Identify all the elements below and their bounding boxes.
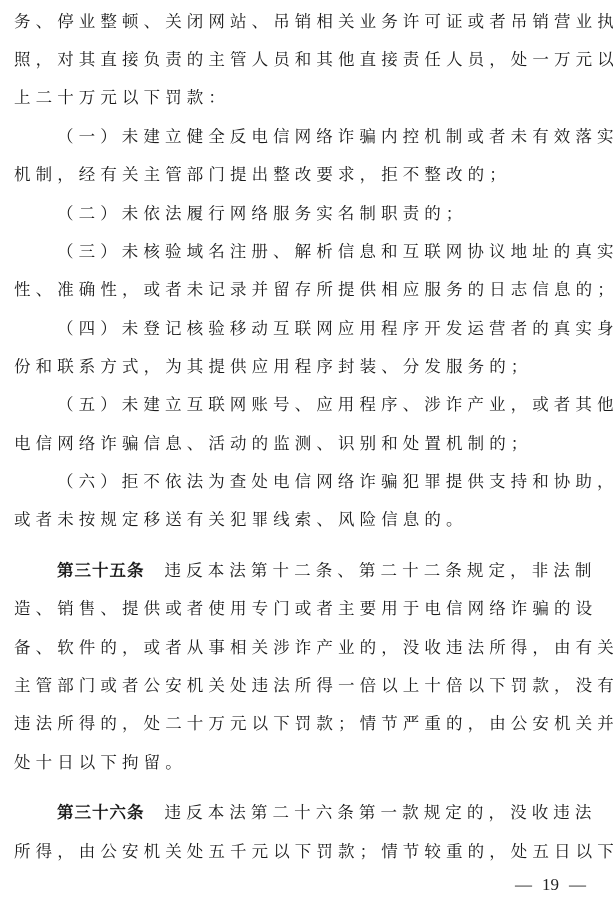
text-line: 处十日以下拘留。 <box>14 751 604 775</box>
list-item-2: （二）未依法履行网络服务实名制职责的； <box>57 202 613 226</box>
document-page: 务、停业整顿、关闭网站、吊销相关业务许可证或者吊销营业执 照，对其直接负责的主管… <box>0 0 613 907</box>
text-line: 照，对其直接负责的主管人员和其他直接责任人员，处一万元以 <box>14 48 604 72</box>
text-line: 备、软件的，或者从事相关涉诈产业的，没收违法所得，由有关 <box>14 636 604 660</box>
text-line: 上二十万元以下罚款： <box>14 86 604 110</box>
text-line: 违法所得的，处二十万元以下罚款；情节严重的，由公安机关并 <box>14 712 604 736</box>
text-line: 电信网络诈骗信息、活动的监测、识别和处置机制的； <box>14 432 604 456</box>
dash-right: — <box>569 875 586 895</box>
article-35-text: 违反本法第十二条、第二十二条规定，非法制 <box>165 561 597 580</box>
article-36-text: 违反本法第二十六条第一款规定的，没收违法 <box>165 803 597 822</box>
text-line: 或者未按规定移送有关犯罪线索、风险信息的。 <box>14 508 604 532</box>
text-line: 务、停业整顿、关闭网站、吊销相关业务许可证或者吊销营业执 <box>14 10 604 34</box>
list-item-1: （一）未建立健全反电信网络诈骗内控机制或者未有效落实 <box>57 125 613 149</box>
text-line: 所得，由公安机关处五千元以下罚款；情节较重的，处五日以下 <box>14 840 604 864</box>
list-item-3: （三）未核验域名注册、解析信息和互联网协议地址的真实 <box>57 240 613 264</box>
article-36-first-line: 第三十六条违反本法第二十六条第一款规定的，没收违法 <box>57 801 613 825</box>
dash-left: — <box>515 875 532 895</box>
text-line: 份和联系方式，为其提供应用程序封装、分发服务的； <box>14 355 604 379</box>
article-35-first-line: 第三十五条违反本法第十二条、第二十二条规定，非法制 <box>57 559 613 583</box>
page-number: —19— <box>505 875 595 895</box>
article-35-heading: 第三十五条 <box>57 561 145 580</box>
article-36-heading: 第三十六条 <box>57 803 145 822</box>
page-number-value: 19 <box>542 875 559 894</box>
text-line: 性、准确性，或者未记录并留存所提供相应服务的日志信息的； <box>14 278 604 302</box>
list-item-6: （六）拒不依法为查处电信网络诈骗犯罪提供支持和协助， <box>57 470 613 494</box>
text-line: 造、销售、提供或者使用专门或者主要用于电信网络诈骗的设 <box>14 597 604 621</box>
text-line: 主管部门或者公安机关处违法所得一倍以上十倍以下罚款，没有 <box>14 674 604 698</box>
list-item-4: （四）未登记核验移动互联网应用程序开发运营者的真实身 <box>57 317 613 341</box>
text-line: 机制，经有关主管部门提出整改要求，拒不整改的； <box>14 163 604 187</box>
list-item-5: （五）未建立互联网账号、应用程序、涉诈产业，或者其他 <box>57 393 613 417</box>
